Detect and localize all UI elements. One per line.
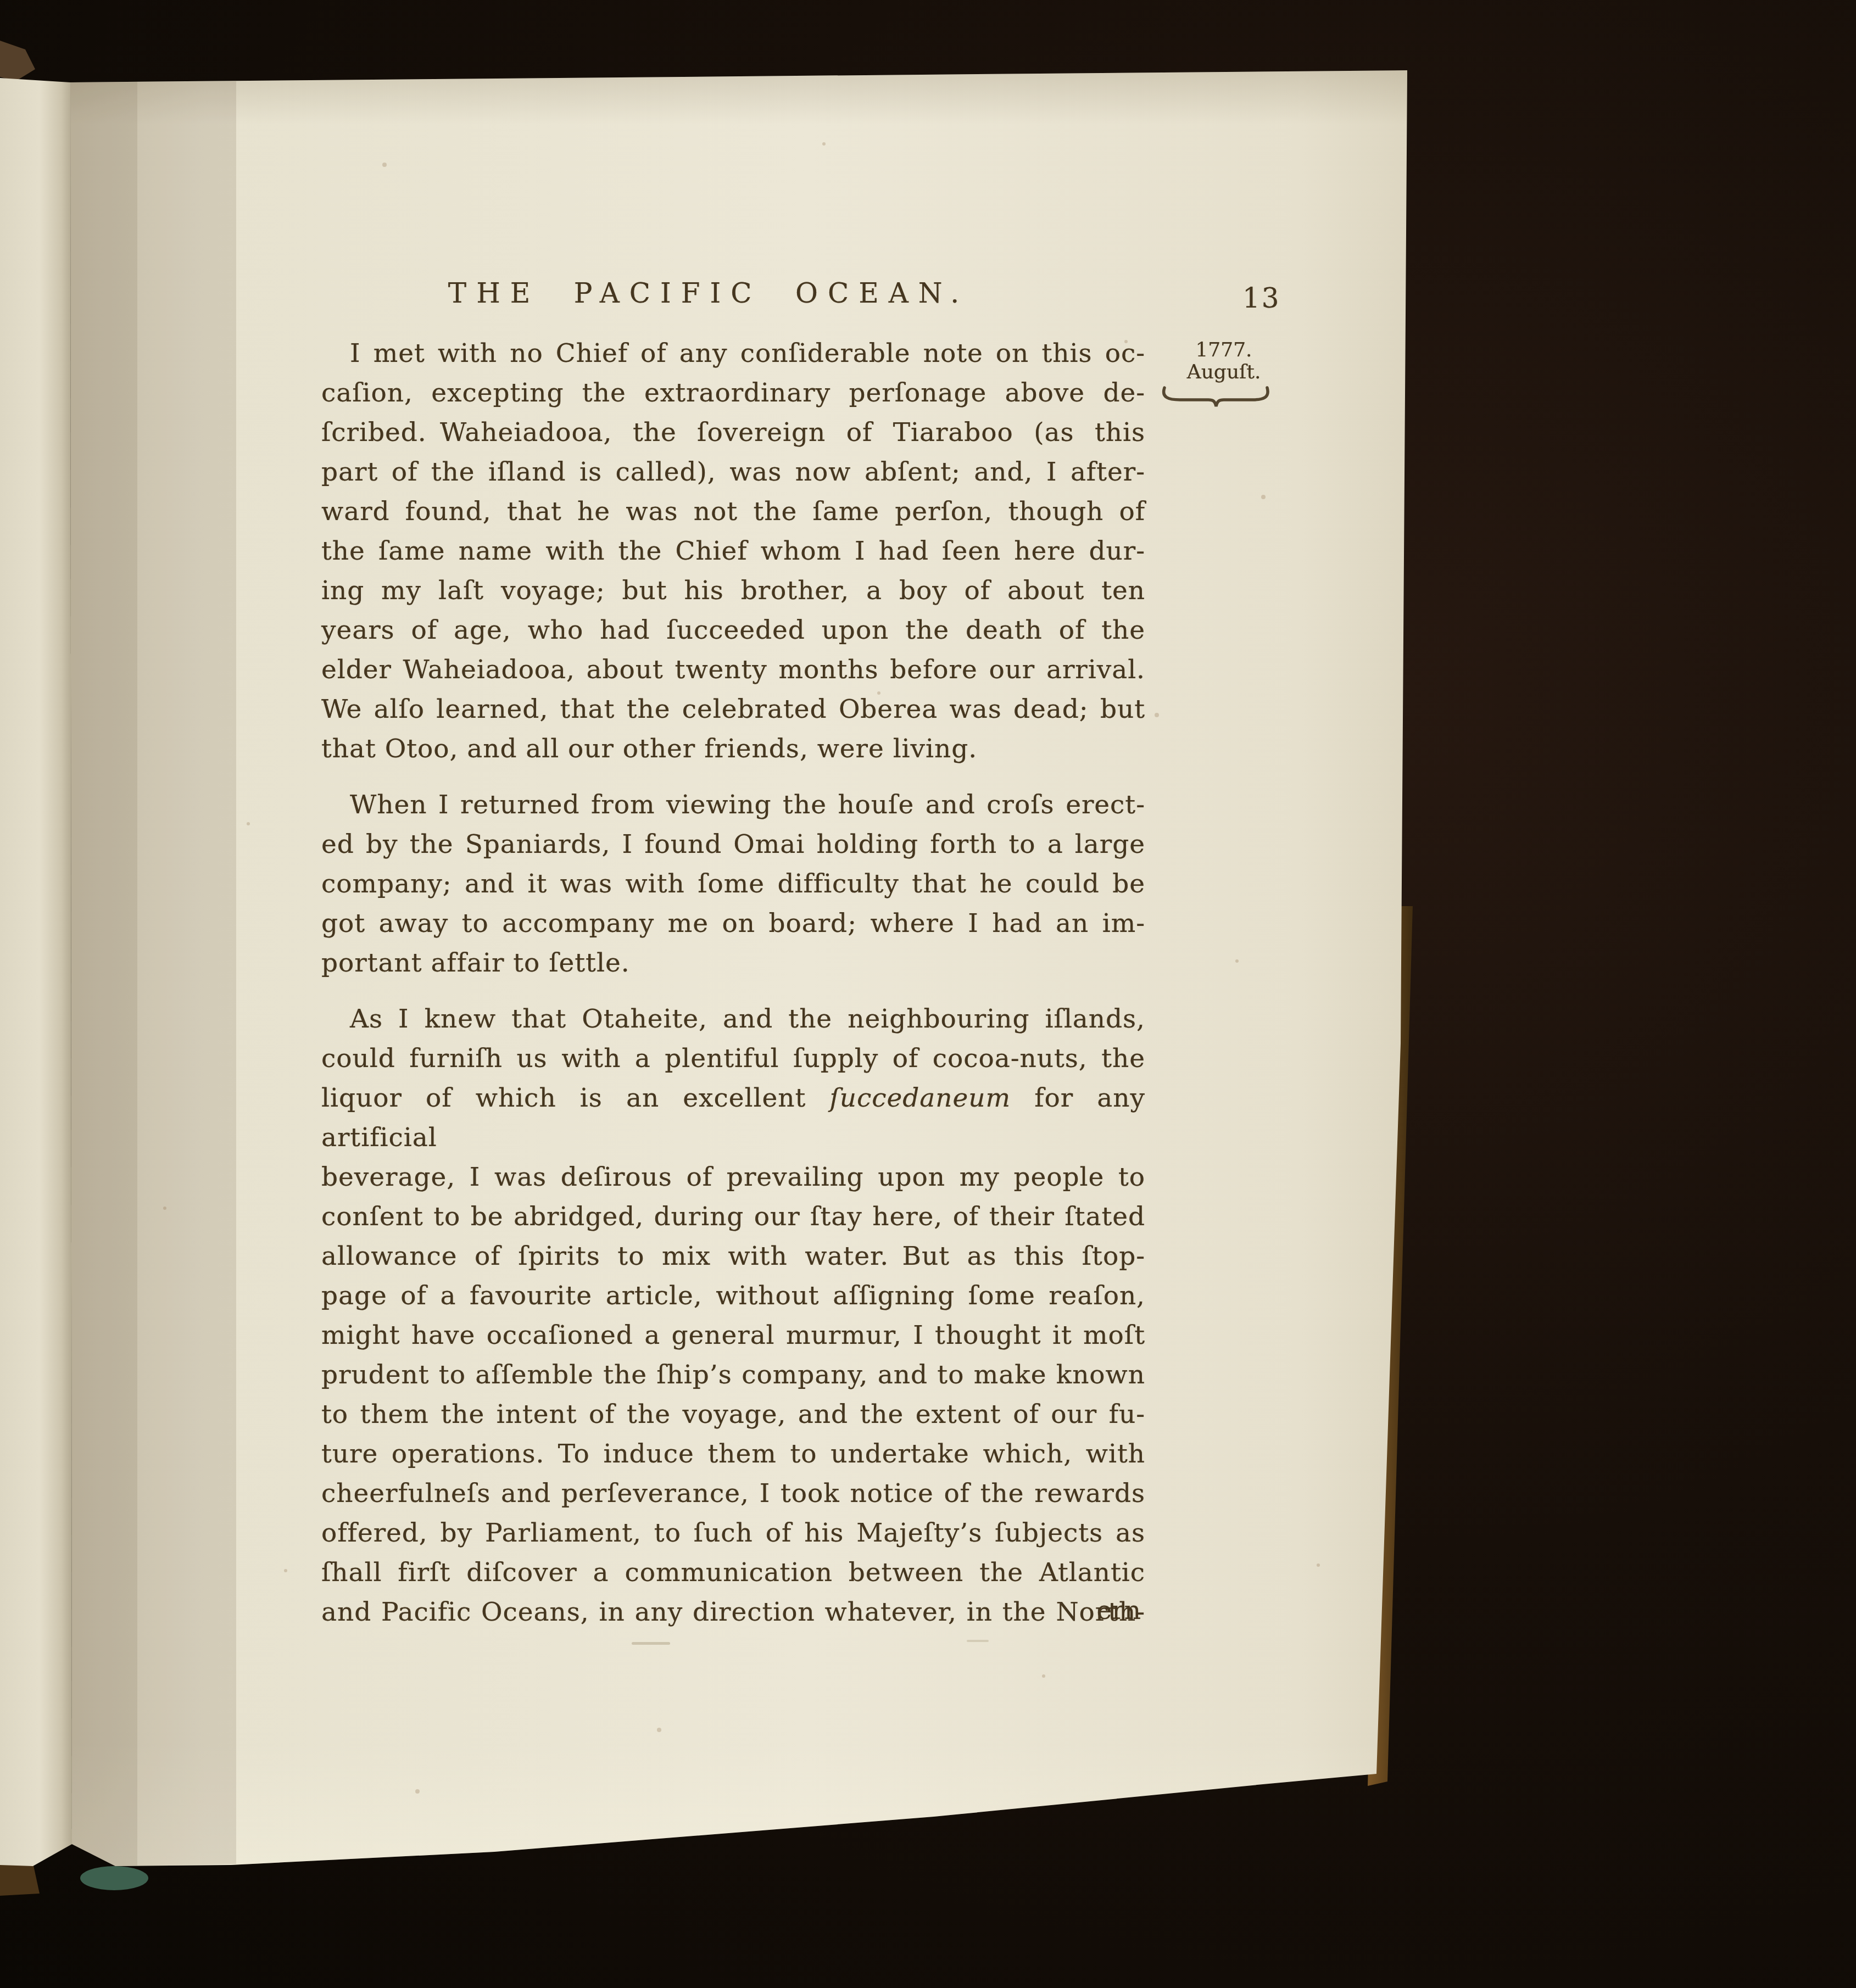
text-line: prudent to aſſemble the ſhip’s company, … <box>321 1355 1145 1395</box>
text-line: beverage, I was deſirous of prevailing u… <box>321 1158 1145 1197</box>
text-line: ſhall firſt diſcover a communication bet… <box>321 1553 1145 1593</box>
text-line: the ſame name with the Chief whom I had … <box>321 532 1145 571</box>
text-line: cheerfulneſs and perſeverance, I took no… <box>321 1474 1145 1514</box>
paragraph: When I returned from viewing the houſe a… <box>321 785 1145 983</box>
text-line: might have occaſioned a general murmur, … <box>321 1316 1145 1355</box>
text-line: got away to accompany me on board; where… <box>321 904 1145 943</box>
italic-text-run: ſuccedaneum <box>829 1083 1011 1113</box>
margin-note-year: 1777. <box>1175 339 1272 361</box>
text-line: allowance of ſpirits to mix with water. … <box>321 1237 1145 1276</box>
text-line: ture operations. To induce them to under… <box>321 1434 1145 1474</box>
text-line: We alſo learned, that the celebrated Obe… <box>321 690 1145 729</box>
text-line: offered, by Parliament, to ſuch of his M… <box>321 1514 1145 1553</box>
margin-date-note: 1777. Auguſt. <box>1175 339 1272 383</box>
text-line: ing my laſt voyage; but his brother, a b… <box>321 571 1145 611</box>
running-head-title: THE PACIFIC OCEAN. <box>297 277 1121 309</box>
text-line: part of the iſland is called), was now a… <box>321 453 1145 492</box>
headband <box>80 1866 148 1890</box>
book-scan-photo: THE PACIFIC OCEAN. 13 1777. Auguſt. I me… <box>0 0 1856 1988</box>
text-line: that Otoo, and all our other friends, we… <box>321 729 1145 769</box>
text-line: conſent to be abridged, during our ſtay … <box>321 1197 1145 1237</box>
text-line: page of a favourite article, without aſſ… <box>321 1276 1145 1316</box>
text-line: elder Waheiadooa, about twenty months be… <box>321 650 1145 690</box>
text-line: As I knew that Otaheite, and the neighbo… <box>321 999 1145 1039</box>
text-line: liquor of which is an excellent ſuccedan… <box>321 1079 1145 1158</box>
text-line: company; and it was with ſome difficulty… <box>321 864 1145 904</box>
text-line: could furniſh us with a plentiful ſupply… <box>321 1039 1145 1079</box>
text-line: years of age, who had ſucceeded upon the… <box>321 611 1145 650</box>
text-line: When I returned from viewing the houſe a… <box>321 785 1145 825</box>
text-line: ſcribed. Waheiadooa, the ſovereign of Ti… <box>321 413 1145 453</box>
margin-note-brace <box>1160 383 1272 410</box>
text-line: portant affair to ſettle. <box>321 943 1145 983</box>
ink-smudge <box>967 1640 989 1642</box>
margin-note-month: Auguſt. <box>1175 361 1272 383</box>
text-line: to them the intent of the voyage, and th… <box>321 1395 1145 1434</box>
catchword: ern <box>321 1595 1141 1626</box>
text-run: liquor of which is an excellent <box>321 1083 829 1113</box>
text-line: ed by the Spaniards, I found Omai holdin… <box>321 825 1145 864</box>
text-line: I met with no Chief of any conſiderable … <box>321 334 1145 373</box>
page-number: 13 <box>1242 282 1281 314</box>
paragraph: I met with no Chief of any conſiderable … <box>321 334 1145 769</box>
ink-smudge <box>632 1642 670 1645</box>
previous-page-edge <box>0 78 72 1866</box>
text-line: ward found, that he was not the ſame per… <box>321 492 1145 532</box>
text-line: caſion, excepting the extraordinary perſ… <box>321 373 1145 413</box>
cover-corner-top-left <box>0 41 35 81</box>
paragraph: As I knew that Otaheite, and the neighbo… <box>321 999 1145 1632</box>
